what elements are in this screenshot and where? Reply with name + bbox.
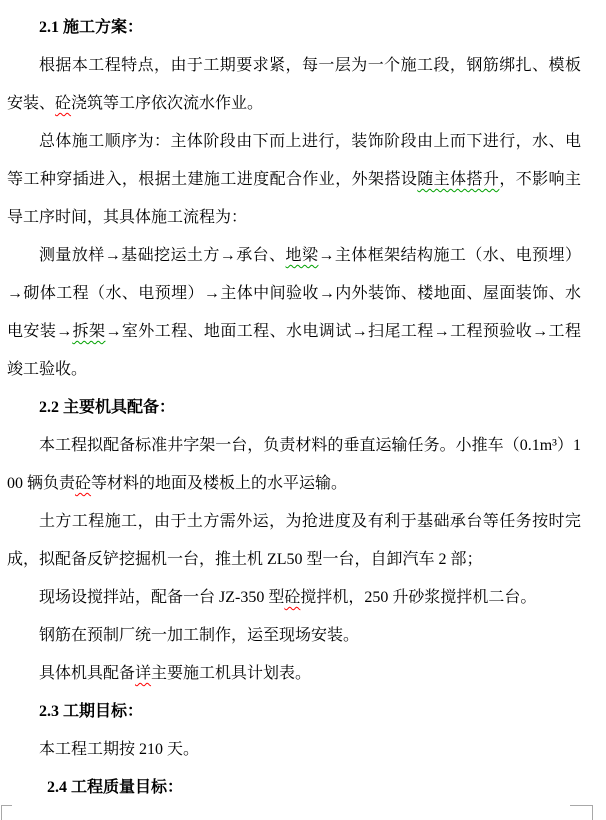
spellcheck-underlined-text: 砼 (75, 475, 91, 492)
text-boundary-corner-icon (570, 805, 593, 820)
paragraph[interactable]: 总体施工顺序为：主体阶段由下而上进行，装饰阶段由上而下进行，水、电等工种穿插进入… (7, 123, 581, 237)
paragraph[interactable]: 具体机具配备详主要施工机具计划表。 (7, 655, 581, 693)
text-run: 搅拌机，250 升砂浆搅拌机二台。 (300, 589, 536, 606)
document-page: 2.1 施工方案：根据本工程特点，由于工期要求紧，每一层为一个施工段，钢筋绑扎、… (0, 0, 606, 820)
text-run: 2.4 工程质量目标： (39, 779, 183, 796)
paragraph[interactable]: 本工程工期按 210 天。 (7, 731, 581, 769)
text-run: 本工程工期按 210 天。 (39, 741, 199, 758)
paragraph[interactable]: 钢筋在预制厂统一加工制作，运至现场安装。 (7, 617, 581, 655)
spellcheck-underlined-text: 砼 (55, 95, 71, 112)
grammar-underlined-text: 拆架 (72, 323, 105, 340)
section-heading[interactable]: 2.3 工期目标： (7, 693, 581, 731)
section-heading[interactable]: 2.2 主要机具配备： (7, 389, 581, 427)
text-boundary-corner-icon (1, 805, 12, 820)
section-heading[interactable]: 2.4 工程质量目标： (7, 769, 581, 807)
grammar-underlined-text: 地梁 (286, 247, 319, 264)
text-run: 2.3 工期目标： (39, 703, 143, 720)
paragraph[interactable]: 本工程拟配备标准井字架一台，负责材料的垂直运输任务。小推车（0.1m³）100 … (7, 427, 581, 503)
text-run: 主要施工机具计划表。 (151, 665, 311, 682)
text-run: 2.2 主要机具配备： (39, 399, 175, 416)
text-run: 具体机具配备 (39, 665, 135, 682)
paragraph[interactable]: 根据本工程特点，由于工期要求紧，每一层为一个施工段，钢筋绑扎、模板安装、砼浇筑等… (7, 47, 581, 123)
paragraph[interactable]: 现场设搅拌站，配备一台 JZ-350 型砼搅拌机，250 升砂浆搅拌机二台。 (7, 579, 581, 617)
section-heading[interactable]: 2.1 施工方案： (7, 9, 581, 47)
text-run: 钢筋在预制厂统一加工制作，运至现场安装。 (39, 627, 359, 644)
text-run: 等材料的地面及楼板上的水平运输。 (91, 475, 347, 492)
text-run: 现场设搅拌站，配备一台 JZ-350 型 (39, 589, 284, 606)
spellcheck-underlined-text: 详 (135, 665, 151, 682)
document-body[interactable]: 2.1 施工方案：根据本工程特点，由于工期要求紧，每一层为一个施工段，钢筋绑扎、… (7, 9, 581, 807)
text-run: 浇筑等工序依次流水作业。 (71, 95, 263, 112)
paragraph[interactable]: 土方工程施工，由于土方需外运，为抢进度及有利于基础承台等任务按时完成，拟配备反铲… (7, 503, 581, 579)
paragraph[interactable]: 测量放样→基础挖运土方→承台、地梁→主体框架结构施工（水、电预埋）→砌体工程（水… (7, 237, 581, 389)
text-run: 土方工程施工，由于土方需外运，为抢进度及有利于基础承台等任务按时完成，拟配备反铲… (7, 513, 581, 568)
text-run: 测量放样→基础挖运土方→承台、 (39, 247, 286, 264)
spellcheck-underlined-text: 砼 (284, 589, 300, 606)
text-run: 2.1 施工方案： (39, 19, 143, 36)
grammar-underlined-text: 随主体搭升 (417, 171, 499, 188)
